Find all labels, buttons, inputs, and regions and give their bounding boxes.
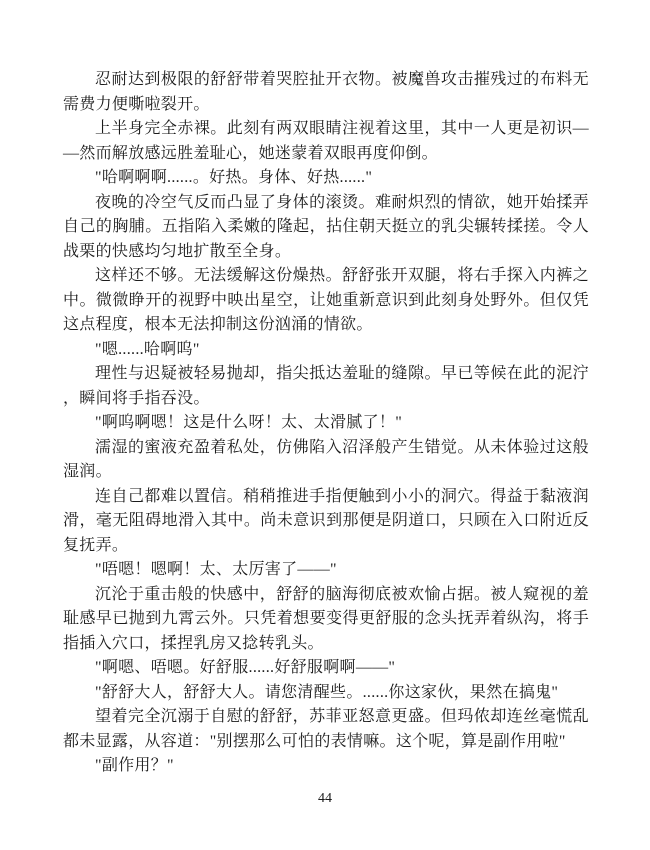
paragraph: "唔嗯！嗯啊！太、太厉害了——" — [63, 558, 589, 583]
paragraph: 连自己都难以置信。稍稍推进手指便触到小小的洞穴。得益于黏液润滑，毫无阻碍地滑入其… — [63, 485, 589, 559]
text-block: 忍耐达到极限的舒舒带着哭腔扯开衣物。被魔兽攻击摧残过的布料无需费力便嘶啦裂开。上… — [63, 68, 589, 779]
paragraph: 忍耐达到极限的舒舒带着哭腔扯开衣物。被魔兽攻击摧残过的布料无需费力便嘶啦裂开。 — [63, 68, 589, 117]
paragraph: 这样还不够。无法缓解这份燥热。舒舒张开双腿，将右手探入内裤之中。微微睁开的视野中… — [63, 264, 589, 338]
paragraph: "副作用？" — [63, 754, 589, 779]
paragraph: "哈啊啊啊......。好热。身体、好热......" — [63, 166, 589, 191]
paragraph: 理性与迟疑被轻易抛却，指尖抵达羞耻的缝隙。早已等候在此的泥泞，瞬间将手指吞没。 — [63, 362, 589, 411]
paragraph: "啊呜啊嗯！这是什么呀！太、太滑腻了！" — [63, 411, 589, 436]
paragraph: 上半身完全赤裸。此刻有两双眼睛注视着这里，其中一人更是初识——然而解放感远胜羞耻… — [63, 117, 589, 166]
paragraph: 沉沦于重击般的快感中，舒舒的脑海彻底被欢愉占据。被人窥视的羞耻感早已抛到九霄云外… — [63, 583, 589, 657]
paragraph: "啊嗯、唔嗯。好舒服......好舒服啊啊——" — [63, 656, 589, 681]
document-page: 忍耐达到极限的舒舒带着哭腔扯开衣物。被魔兽攻击摧残过的布料无需费力便嘶啦裂开。上… — [0, 0, 650, 850]
paragraph: "舒舒大人，舒舒大人。请您清醒些。......你这家伙，果然在搞鬼" — [63, 681, 589, 706]
paragraph: 夜晚的冷空气反而凸显了身体的滚烫。难耐炽烈的情欲，她开始揉弄自己的胸脯。五指陷入… — [63, 191, 589, 265]
paragraph: 濡湿的蜜液充盈着私处，仿佛陷入沼泽般产生错觉。从未体验过这般湿润。 — [63, 436, 589, 485]
paragraph: "嗯......哈啊呜" — [63, 338, 589, 363]
page-number: 44 — [0, 791, 650, 807]
paragraph: 望着完全沉溺于自慰的舒舒，苏菲亚怒意更盛。但玛侬却连丝毫慌乱都未显露，从容道："… — [63, 705, 589, 754]
